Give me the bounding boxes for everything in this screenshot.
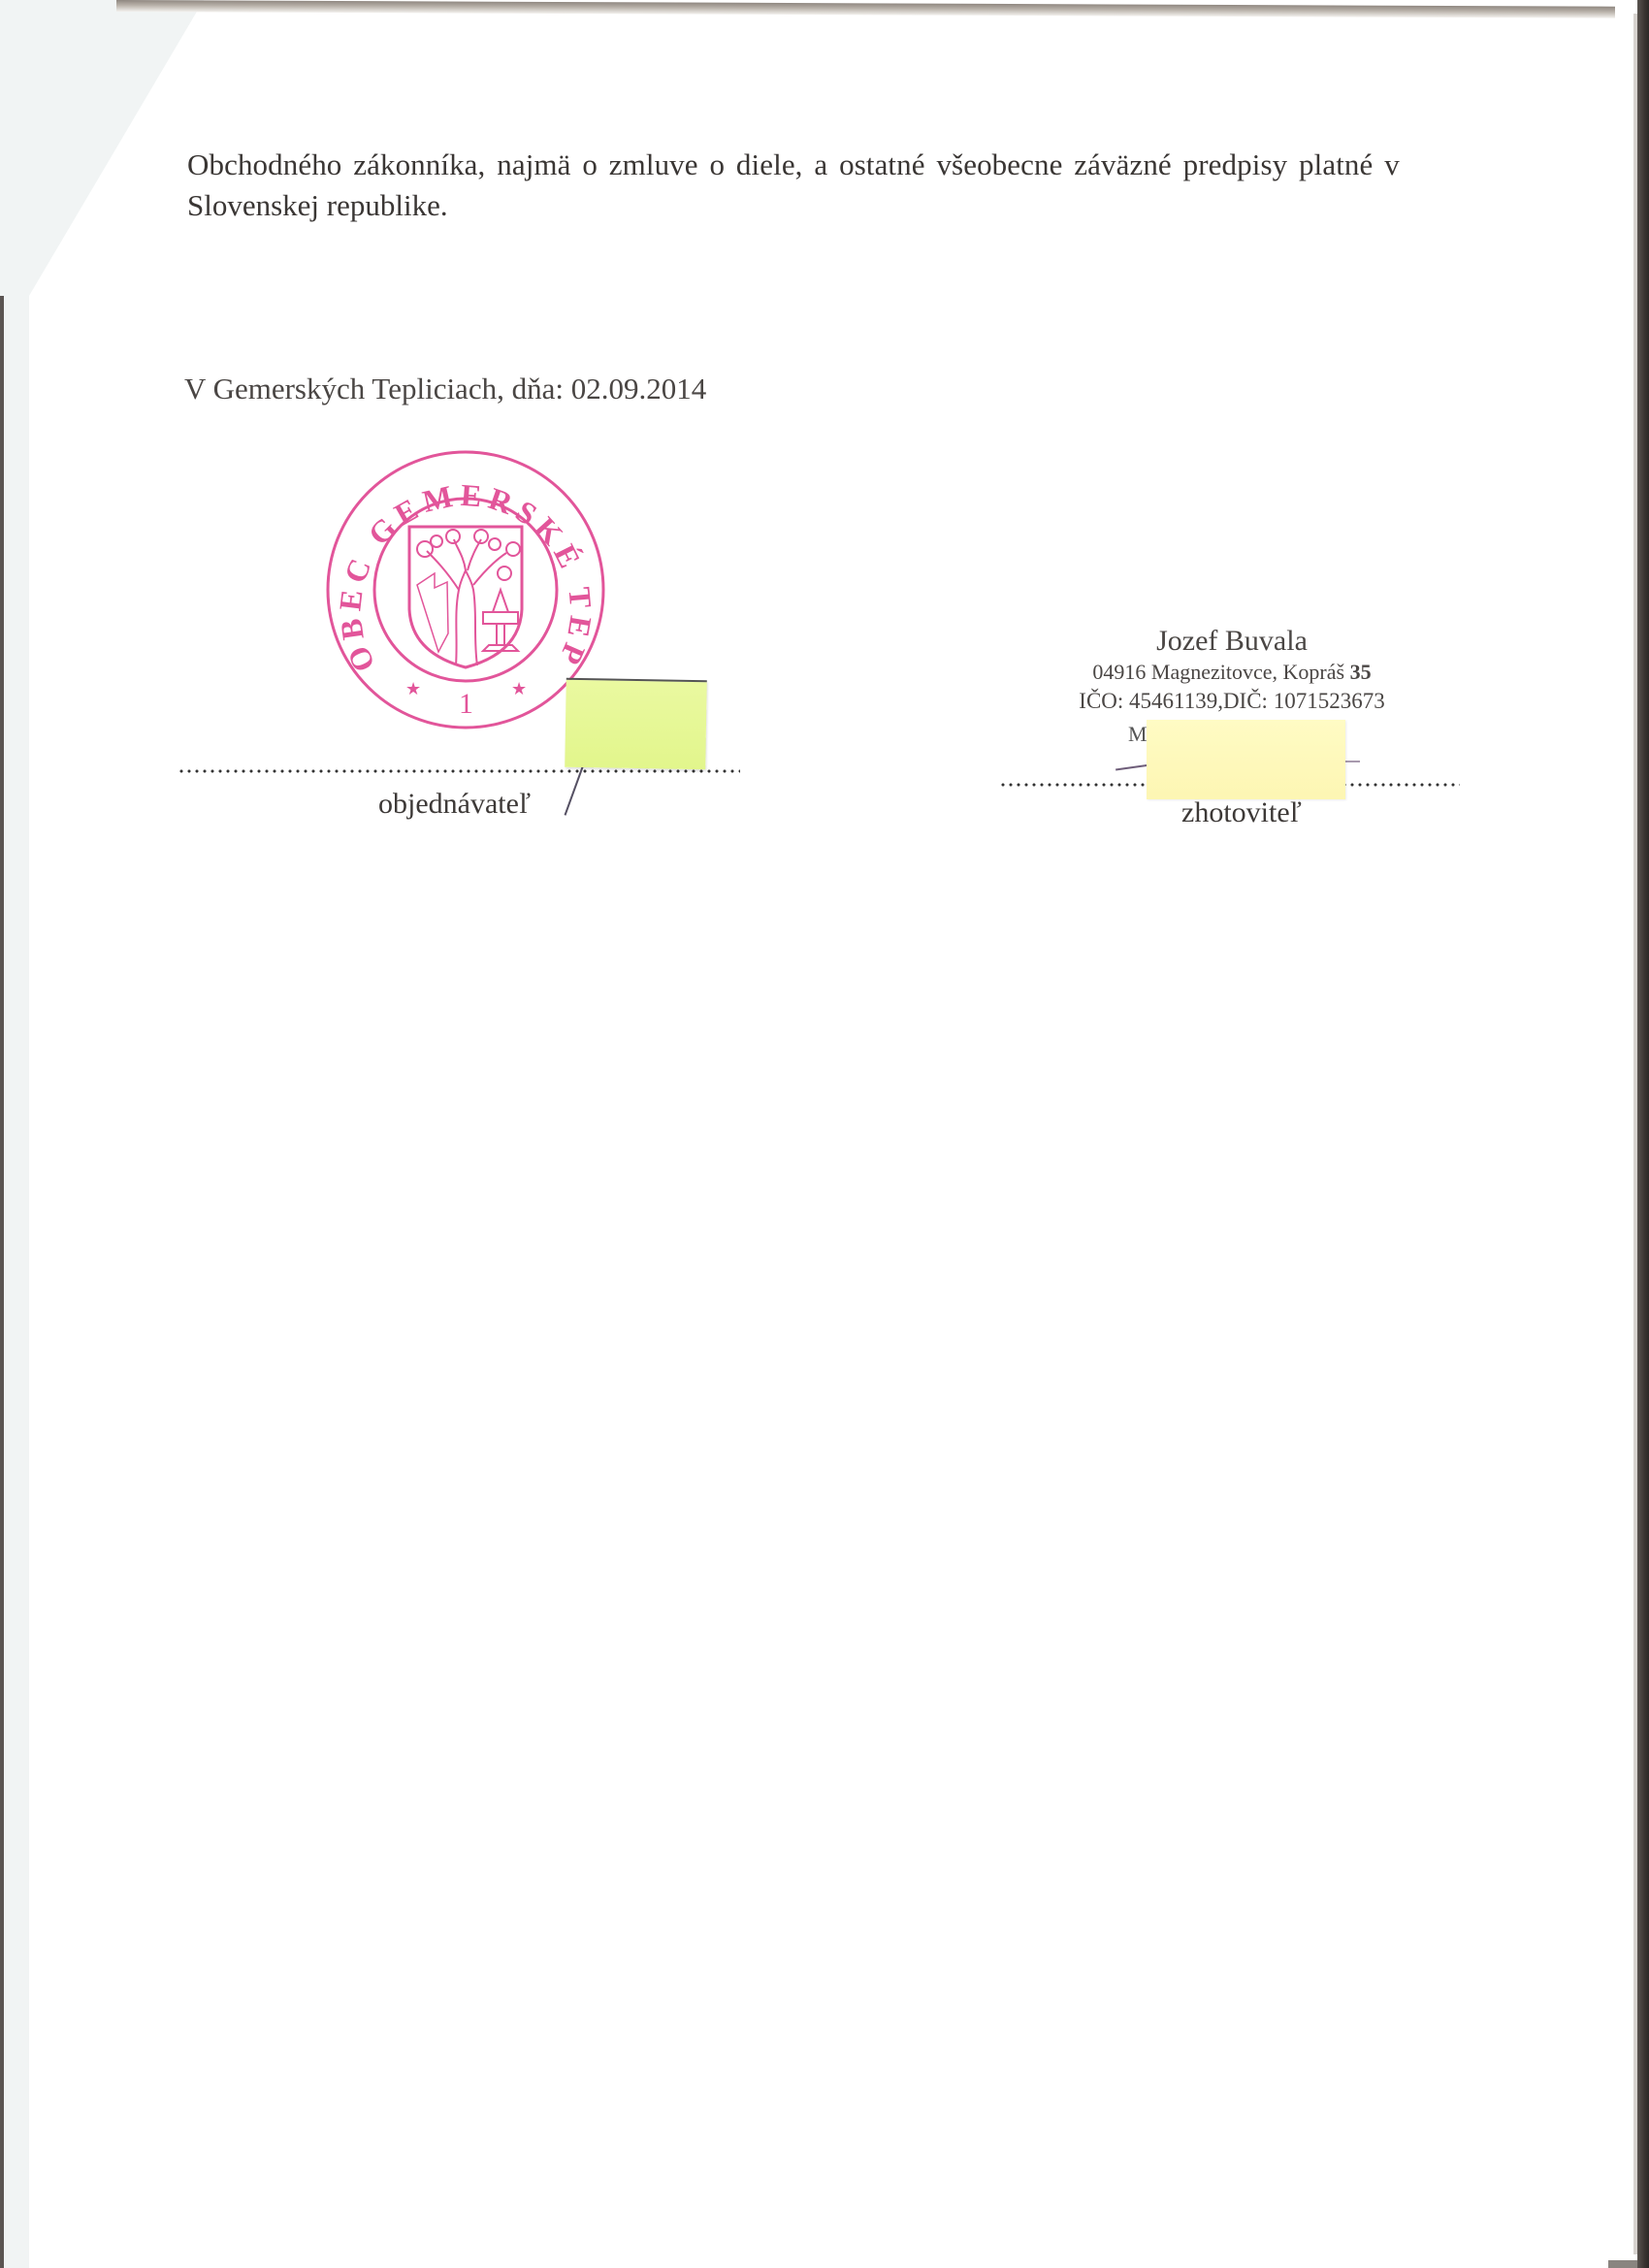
signature-label-customer: objednávateľ [378, 788, 531, 821]
redaction-note-right [1147, 720, 1345, 799]
stamp-star-right: ★ [511, 679, 527, 699]
redaction-note-left [565, 678, 707, 770]
contractor-stamp-block: Jozef Buvala 04916 Magnezitovce, Kopráš … [1028, 625, 1436, 716]
contractor-ids: IČO: 45461139,DIČ: 1071523673 [1028, 687, 1436, 716]
signature-stroke-right-tail [1344, 761, 1360, 762]
scan-left-edge [0, 296, 4, 2268]
svg-text:OBEC GEMERSKÉ TEPLICE: OBEC GEMERSKÉ TEPLICE [320, 444, 599, 677]
signature-line-left [178, 768, 740, 774]
stamp-circle-text: OBEC GEMERSKÉ TEPLICE [320, 444, 599, 677]
scan-right-edge [1637, 0, 1649, 2268]
contractor-name: Jozef Buvala [1028, 625, 1436, 658]
place-and-date: V Gemerských Tepliciach, dňa: 02.09.2014 [184, 372, 706, 406]
contractor-partial-line: M [1128, 722, 1148, 747]
stamp-number: 1 [459, 688, 473, 720]
stamp-star-left: ★ [405, 679, 421, 699]
contractor-address-number: 35 [1350, 660, 1372, 684]
signature-label-contractor: zhotoviteľ [1181, 796, 1302, 829]
contractor-address-text: 04916 Magnezitovce, Kopráš [1092, 660, 1349, 684]
signature-stroke-right [1115, 764, 1150, 771]
body-text-line-1: Obchodného zákonníka, najmä o zmluve o d… [187, 147, 1400, 182]
scan-top-edge [116, 0, 1615, 18]
scan-folded-corner [0, 0, 233, 2268]
body-text-line-2: Slovenskej republike. [187, 188, 448, 223]
contractor-address: 04916 Magnezitovce, Kopráš 35 [1028, 658, 1436, 687]
scan-corner [1608, 2260, 1637, 2268]
